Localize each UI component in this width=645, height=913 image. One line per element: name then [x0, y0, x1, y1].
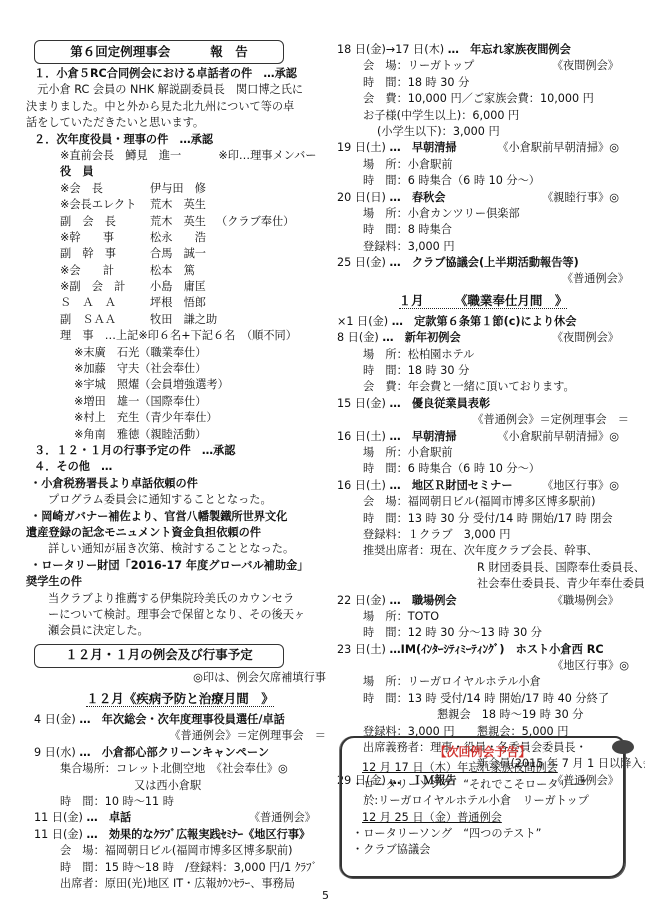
event-date: 25 日(金): [337, 256, 386, 269]
december-events-left: 4 日(金) … 年次総会・次年度理事役員選任/卓話《普通例会》＝定例理事会 ＝…: [34, 712, 326, 892]
event-detail-text: 懇親会 18 時～19 時 30 分: [437, 708, 583, 721]
event-detail-text: 会 場：福岡朝日ビル(福岡市博多区博多駅前): [363, 495, 595, 508]
event-title: … 春秋会: [389, 191, 445, 204]
event-row: 15 日(金) … 優良従業員表彰: [337, 396, 629, 412]
event-detail-text: 時 間：8 時集合: [363, 223, 452, 236]
next-meeting-line: ・ロータリーソング “それでこそロータリー”: [352, 777, 613, 793]
item4-lines: ・小倉税務署長より卓話依頼の件プログラム委員会に通知することとなった。・岡崎ガバ…: [34, 476, 326, 640]
next-meeting-line: 12 月 17 日（木）年忘れ家族夜間例会: [352, 760, 613, 776]
event-detail: R 財団委員長、国際奉仕委員長、: [337, 560, 629, 576]
prev-president-line: ※直前会長 鱒見 進一 ※印…理事メンバー: [34, 148, 326, 164]
item2-heading: ２．次年度役員・理事の件 …承認: [34, 132, 326, 148]
event-title: … 年次総会・次年度理事役員選任/卓話: [79, 713, 284, 726]
report-title-suffix: 報 告: [210, 44, 248, 60]
event-row: 25 日(金) … クラブ協議会(上半期活動報告等): [337, 255, 629, 271]
event-detail: 時 間：6 時集合（6 時 10 分～）: [337, 461, 629, 477]
event-title: … 小倉都心部クリーンキャンペーン: [79, 746, 269, 759]
officer-name: 荒木 英生: [150, 214, 216, 230]
event-detail-text: 時 間：18 時 30 分: [363, 76, 469, 89]
event-tag: 《普通例会》: [249, 810, 316, 826]
event-detail-text: 会 場：リーガトップ: [363, 59, 474, 72]
event-detail-text: 時 間：6 時集合（6 時 10 分～）: [363, 462, 540, 475]
officer-role: ※会 計: [60, 263, 150, 279]
event-detail-text: 会 場：福岡朝日ビル(福岡市博多区博多駅前): [60, 844, 292, 857]
prev-president: ※直前会長 鱒見 進一: [60, 149, 181, 162]
event-detail-text: 時 間：6 時集合（6 時 10 分～）: [363, 174, 540, 187]
event-detail: 又は西小倉駅: [34, 778, 326, 794]
officer-note: （クラブ奉仕）: [216, 215, 294, 228]
flower-decoration-icon: [612, 740, 634, 754]
event-detail: 場 所：松柏園ホテル: [337, 347, 629, 363]
event-tag: 《地区行事》◎: [542, 478, 619, 494]
event-detail-text: 場 所：リーガロイヤルホテル小倉: [363, 675, 541, 688]
event-title: … 早朝清掃: [389, 141, 456, 154]
left-column: 第６回定例理事会 報 告 １．小倉５RC合同例会における卓話者の件 …承認 元小…: [34, 40, 326, 892]
event-detail: 会 場：リーガトップ《夜間例会》: [337, 58, 629, 74]
page-number: 5: [322, 888, 329, 904]
officer-row: 副 会 長荒木 英生（クラブ奉仕）: [34, 214, 326, 230]
event-detail-text: 《普通例会》＝定例理事会 ＝: [169, 729, 326, 742]
event-date: 9 日(水): [34, 746, 76, 759]
event-detail-text: 時 間：13 時 30 分 受付/14 時 開始/17 時 閉会: [363, 512, 613, 525]
event-detail-text: 場 所：小倉駅前: [363, 446, 453, 459]
other-item-line: 奨学生の件: [26, 574, 326, 590]
next-meeting-line: ・クラブ協議会: [352, 842, 613, 858]
officer-role: 副 ＳＡＡ: [60, 312, 150, 328]
event-detail: 場 所：リーガロイヤルホテル小倉: [337, 674, 629, 690]
event-detail: 時 間：13 時 30 分 受付/14 時 開始/17 時 閉会: [337, 511, 629, 527]
officer-row: ※幹 事松永 浩: [34, 230, 326, 246]
event-date: 19 日(土): [337, 141, 386, 154]
event-row: 8 日(金) … 新年初例会《夜間例会》: [337, 330, 629, 346]
event-tag: 《夜間例会》: [552, 330, 619, 346]
event-detail: 時 間：10 時～11 時: [34, 794, 326, 810]
event-row: 16 日(土) … 早朝清掃《小倉駅前早朝清掃》◎: [337, 429, 629, 445]
event-title: … 地区Ｒ財団セミナー: [389, 479, 512, 492]
event-detail-text: 《普通例会》: [562, 272, 629, 285]
officer-role: ※幹 事: [60, 230, 150, 246]
event-date: 8 日(金): [337, 331, 379, 344]
director-row: ※村上 充生（青少年奉仕）: [34, 410, 326, 426]
officer-name: 松永 浩: [150, 230, 216, 246]
item1-body-1: 元小倉 RC 会員の NHK 解説副委員長 関口博之氏に: [26, 82, 326, 98]
event-detail-text: 《地区行事》◎: [552, 659, 629, 672]
schedule-title-box: １２月・１月の例会及び行事予定: [34, 644, 284, 668]
event-date: 23 日(土): [337, 643, 386, 656]
officer-row: Ｓ Ａ Ａ坪根 悟郎: [34, 295, 326, 311]
next-meeting-line: 12 月 25 日（金）普通例会: [352, 810, 613, 826]
officer-role: 副 幹 事: [60, 246, 150, 262]
event-tag: 《職場例会》: [552, 593, 619, 609]
event-title: … 新年初例会: [382, 331, 460, 344]
event-detail-text: 集合場所：コレット北側空地 《社会奉仕》◎: [60, 762, 288, 775]
event-detail: 《普通例会》: [337, 271, 629, 287]
officer-role: ※副 会 計: [60, 279, 150, 295]
event-detail-text: 社会奉仕委員長、青少年奉仕委員長: [477, 577, 645, 590]
next-meeting-line: 於:リーガロイヤルホテル小倉 リーガトップ: [352, 793, 613, 809]
event-detail: 推奨出席者：現在、次年度クラブ会長、幹事、: [337, 543, 629, 559]
event-date: 11 日(金): [34, 811, 83, 824]
january-header: １月 《職業奉仕月間 》: [337, 290, 629, 312]
other-item-line: 瀬会員に決定した。: [34, 623, 326, 639]
event-detail: 場 所：小倉カンツリー倶楽部: [337, 206, 629, 222]
next-meeting-line: ・ロータリーソング “四つのテスト”: [352, 826, 613, 842]
schedule-title: １２月・１月の例会及び行事予定: [65, 647, 253, 663]
event-date: 16 日(土): [337, 479, 386, 492]
event-title: … 定款第６条第１節(c)により休会: [392, 315, 577, 328]
event-tag: 《小倉駅前早朝清掃》◎: [497, 140, 619, 156]
item1-heading: １．小倉５RC合同例会における卓話者の件 …承認: [34, 66, 326, 82]
officer-row: ※会 計松本 篤: [34, 263, 326, 279]
other-item-line: ーについて検討。理事会で保留となり、その後天ヶ: [34, 607, 326, 623]
officer-row: ※副 会 計小島 庸匡: [34, 279, 326, 295]
event-date: 4 日(金): [34, 713, 76, 726]
event-detail: 会 場：福岡朝日ビル(福岡市博多区博多駅前): [337, 494, 629, 510]
event-date: ×1 日(金): [337, 315, 388, 328]
event-detail-text: 時 間：18 時 30 分: [363, 364, 469, 377]
event-detail: お子様(中学生以上)：6,000 円: [337, 108, 629, 124]
officer-name: 荒木 英生: [150, 197, 216, 213]
right-column: 18 日(金)→17 日(木) … 年忘れ家族夜間例会会 場：リーガトップ《夜間…: [337, 42, 629, 789]
report-title: 第６回定例理事会: [70, 44, 170, 60]
december-events-right: 18 日(金)→17 日(木) … 年忘れ家族夜間例会会 場：リーガトップ《夜間…: [337, 42, 629, 288]
officer-name: 牧田 謙之助: [150, 312, 216, 328]
event-detail-text: 推奨出席者：現在、次年度クラブ会長、幹事、: [363, 544, 598, 557]
event-detail: 登録料：１クラブ 3,000 円: [337, 527, 629, 543]
event-detail-text: 時 間：12 時 30 分～13 時 30 分: [363, 626, 542, 639]
report-title-box: 第６回定例理事会 報 告: [34, 40, 284, 64]
event-detail: 時 間：18 時 30 分: [337, 75, 629, 91]
event-title: … 優良従業員表彰: [389, 397, 490, 410]
director-row: ※宇城 照燿（会員増強選考）: [34, 377, 326, 393]
director-row: ※角南 雅徳（親睦活動）: [34, 427, 326, 443]
event-detail-text: 場 所：TOTO: [363, 610, 439, 623]
event-date: 22 日(金): [337, 594, 386, 607]
event-detail: 時 間：12 時 30 分～13 時 30 分: [337, 625, 629, 641]
event-row: 18 日(金)→17 日(木) … 年忘れ家族夜間例会: [337, 42, 629, 58]
officer-row: 副 幹 事合馬 誠一: [34, 246, 326, 262]
event-date: 18 日(金)→17 日(木): [337, 43, 444, 56]
event-detail: 場 所：小倉駅前: [337, 445, 629, 461]
event-detail-text: 出席者：原田(光)地区 IT・広報ｶｳﾝｾﾗｰ、事務局: [60, 877, 295, 890]
officer-row: 副 ＳＡＡ牧田 謙之助: [34, 312, 326, 328]
officer-name: 坪根 悟郎: [150, 295, 216, 311]
event-detail: 時 間：18 時 30 分: [337, 363, 629, 379]
item3: ３．１２・１月の行事予定の件 …承認: [34, 443, 326, 459]
officer-name: 伊与田 修: [150, 181, 216, 197]
event-detail: 会 費：年会費と一緒に頂いております。: [337, 379, 629, 395]
event-detail-text: 《普通例会》＝定例理事会 ＝: [472, 413, 629, 426]
event-detail: 会 費：10,000 円／ご家族会費：10,000 円: [337, 91, 629, 107]
officer-row: ※会 長伊与田 修: [34, 181, 326, 197]
event-title: … 年忘れ家族夜間例会: [448, 43, 571, 56]
event-detail: 場 所：TOTO: [337, 609, 629, 625]
officer-role: 副 会 長: [60, 214, 150, 230]
officer-name: 松本 篤: [150, 263, 216, 279]
schedule-legend: ◎印は、例会欠席補填行事: [34, 670, 326, 686]
event-detail: 《普通例会》＝定例理事会 ＝: [34, 728, 326, 744]
officer-name: 合馬 誠一: [150, 246, 216, 262]
other-item-line: 詳しい通知が届き次第、検討することとなった。: [34, 541, 326, 557]
officer-role: ※会長エレクト: [60, 197, 150, 213]
december-header: １２月《疾病予防と治療月間 》: [34, 688, 326, 710]
director-row: ※増田 雄一（国際奉仕）: [34, 394, 326, 410]
event-detail: 時 間：13 時 受付/14 時 開始/17 時 40 分終了: [337, 691, 629, 707]
event-detail-text: 登録料：3,000 円: [363, 240, 455, 253]
next-meeting-lines: 12 月 17 日（木）年忘れ家族夜間例会・ロータリーソング “それでこそロータ…: [352, 760, 613, 858]
event-tag: 《小倉駅前早朝清掃》◎: [497, 429, 619, 445]
event-title: … 職場例会: [389, 594, 456, 607]
event-row: 11 日(金) … 効果的なｸﾗﾌﾞ広報実践ｾﾐﾅｰ《地区行事》: [34, 827, 326, 843]
event-detail: 場 所：小倉駅前: [337, 157, 629, 173]
officer-row: ※会長エレクト荒木 英生: [34, 197, 326, 213]
other-item-line: 遺産登録の記念モニュメント資金負担依頼の件: [26, 525, 326, 541]
officer-role: ※会 長: [60, 181, 150, 197]
event-detail-text: (小学生以下)：3,000 円: [377, 125, 500, 138]
event-detail: 集合場所：コレット北側空地 《社会奉仕》◎: [34, 761, 326, 777]
event-row: 9 日(水) … 小倉都心部クリーンキャンペーン: [34, 745, 326, 761]
event-detail: 出席者：原田(光)地区 IT・広報ｶｳﾝｾﾗｰ、事務局: [34, 876, 326, 892]
event-detail: 《地区行事》◎: [337, 658, 629, 674]
event-detail-text: 登録料：１クラブ 3,000 円: [363, 528, 510, 541]
event-row: 19 日(土) … 早朝清掃《小倉駅前早朝清掃》◎: [337, 140, 629, 156]
other-item-line: ・ロータリー財団「2016-17 年度グローバル補助金」: [30, 558, 326, 574]
event-row: 16 日(土) … 地区Ｒ財団セミナー《地区行事》◎: [337, 478, 629, 494]
event-detail-text: 場 所：小倉カンツリー倶楽部: [363, 207, 520, 220]
director-row: ※末廣 石光（職業奉仕）: [34, 345, 326, 361]
event-detail-text: 会 費：年会費と一緒に頂いております。: [363, 380, 575, 393]
event-detail: 登録料：3,000 円: [337, 239, 629, 255]
event-title: … 早朝清掃: [389, 430, 456, 443]
event-date: 16 日(土): [337, 430, 386, 443]
event-detail: 社会奉仕委員長、青少年奉仕委員長: [337, 576, 629, 592]
other-item-line: プログラム委員会に通知することとなった。: [34, 492, 326, 508]
item1-body-3: 話をしていただきたいと思います。: [26, 115, 326, 131]
event-detail: 時 間：15 時～18 時 /登録料：3,000 円/1 ｸﾗﾌﾞ: [34, 860, 326, 876]
officer-role: Ｓ Ａ Ａ: [60, 295, 150, 311]
other-item-line: 当クラブより推薦する伊集院玲美氏のカウンセラ: [34, 591, 326, 607]
event-tag: 《夜間例会》: [552, 58, 619, 74]
directors-line: 理 事 …上記※印６名+下記６名 （順不同）: [34, 328, 326, 344]
event-detail-text: お子様(中学生以上)：6,000 円: [363, 109, 519, 122]
event-date: 11 日(金): [34, 828, 83, 841]
event-title: …IM(ｲﾝﾀｰｼﾃｨﾐｰﾃｨﾝｸﾞ) ホスト小倉西 RC: [389, 643, 603, 656]
event-date: 15 日(金): [337, 397, 386, 410]
event-row: 4 日(金) … 年次総会・次年度理事役員選任/卓話: [34, 712, 326, 728]
next-meeting-box: 【次回例会予告】 12 月 17 日（木）年忘れ家族夜間例会・ロータリーソング …: [340, 736, 625, 878]
event-detail-text: 時 間：10 時～11 時: [60, 795, 174, 808]
event-title: … 卓話: [86, 811, 131, 824]
event-detail: 時 間：8 時集合: [337, 222, 629, 238]
event-title: … 効果的なｸﾗﾌﾞ広報実践ｾﾐﾅｰ《地区行事》: [86, 828, 310, 841]
director-legend: ※印…理事メンバー: [218, 149, 316, 162]
event-title: … クラブ協議会(上半期活動報告等): [389, 256, 578, 269]
directors-list: ※末廣 石光（職業奉仕）※加藤 守夫（社会奉仕）※宇城 照燿（会員増強選考）※増…: [34, 345, 326, 443]
event-row: 22 日(金) … 職場例会《職場例会》: [337, 593, 629, 609]
event-row: 20 日(日) … 春秋会《親睦行事》◎: [337, 190, 629, 206]
director-row: ※加藤 守夫（社会奉仕）: [34, 361, 326, 377]
officers-label: 役 員: [34, 164, 326, 180]
event-detail-text: R 財団委員長、国際奉仕委員長、: [477, 561, 645, 574]
event-detail: 会 場：福岡朝日ビル(福岡市博多区博多駅前): [34, 843, 326, 859]
event-detail: 懇親会 18 時～19 時 30 分: [337, 707, 629, 723]
event-row: 11 日(金) … 卓話《普通例会》: [34, 810, 326, 826]
event-detail: 《普通例会》＝定例理事会 ＝: [337, 412, 629, 428]
other-item-line: ・岡崎ガバナー補佐より、官営八幡製鐵所世界文化: [30, 509, 326, 525]
officers-list: ※会 長伊与田 修※会長エレクト荒木 英生副 会 長荒木 英生（クラブ奉仕）※幹…: [34, 181, 326, 329]
item4-heading: ４．その他 …: [34, 459, 326, 475]
event-row: 23 日(土) …IM(ｲﾝﾀｰｼﾃｨﾐｰﾃｨﾝｸﾞ) ホスト小倉西 RC: [337, 642, 629, 658]
event-row: ×1 日(金) … 定款第６条第１節(c)により休会: [337, 314, 629, 330]
event-detail-text: 又は西小倉駅: [134, 779, 201, 792]
event-detail-text: 場 所：小倉駅前: [363, 158, 453, 171]
item1-body-2: 決まりました。中と外から見た北九州について等の卓: [26, 99, 326, 115]
event-detail-text: 時 間：13 時 受付/14 時 開始/17 時 40 分終了: [363, 692, 609, 705]
event-detail: 時 間：6 時集合（6 時 10 分～）: [337, 173, 629, 189]
event-detail-text: 会 費：10,000 円／ご家族会費：10,000 円: [363, 92, 594, 105]
next-meeting-title: 【次回例会予告】: [352, 744, 613, 760]
event-tag: 《親睦行事》◎: [542, 190, 619, 206]
event-detail: (小学生以下)：3,000 円: [337, 124, 629, 140]
other-item-line: ・小倉税務署長より卓話依頼の件: [30, 476, 326, 492]
event-detail-text: 場 所：松柏園ホテル: [363, 348, 474, 361]
january-events: ×1 日(金) … 定款第６条第１節(c)により休会8 日(金) … 新年初例会…: [337, 314, 629, 789]
officer-name: 小島 庸匡: [150, 279, 216, 295]
event-date: 20 日(日): [337, 191, 386, 204]
event-detail-text: 時 間：15 時～18 時 /登録料：3,000 円/1 ｸﾗﾌﾞ: [60, 861, 317, 874]
